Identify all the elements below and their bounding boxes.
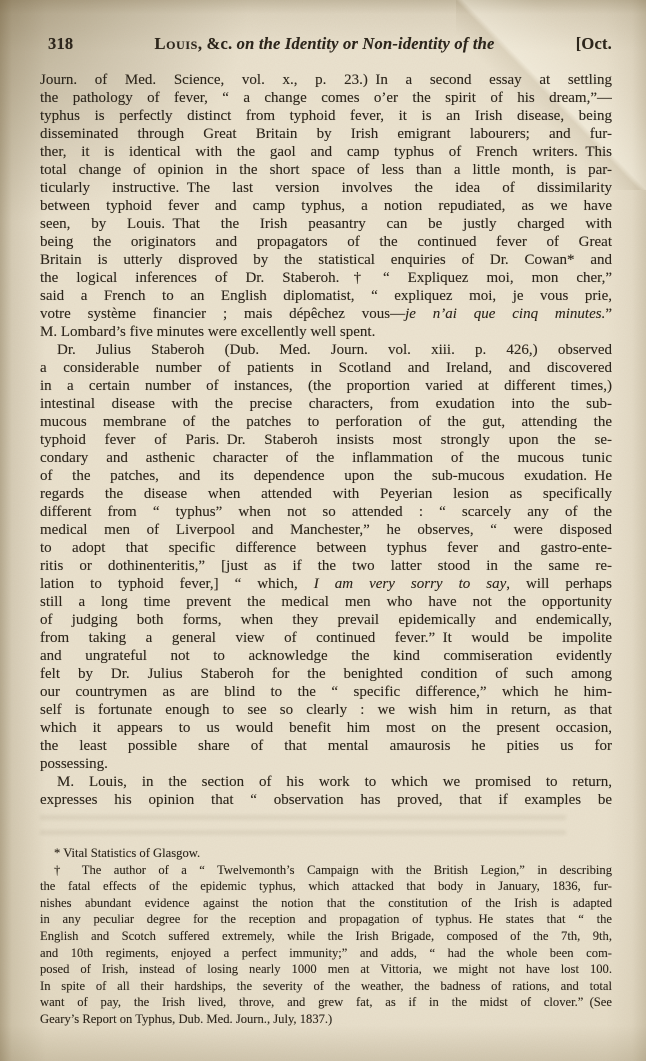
body-line: Britain is utterly disproved by the stat… [40,251,612,269]
footnote-line: † The author of a “ Twelvemonth’s Campai… [40,862,612,879]
text-segment: † The author of a “ Twelvemonth’s Campai… [54,863,612,877]
body-line: ticularly instructive. The last version … [40,179,612,197]
body-line: which it appears to us would benefit him… [40,719,612,737]
text-segment: of the patches, and its dependence upon … [40,468,612,484]
body-line: of the patches, and its dependence upon … [40,467,612,485]
text-segment: In spite of all their hardships, the sev… [40,979,612,993]
text-segment: M. Lombard’s five minutes were excellent… [40,324,375,340]
text-segment: between typhoid fever and camp typhus, a… [40,198,612,214]
text-segment: Geary’s Report on Typhus, Dub. Med. Jour… [40,1012,332,1026]
page-content: 318 Louis, &c. on the Identity or Non-id… [40,34,612,1028]
page-header: 318 Louis, &c. on the Identity or Non-id… [40,34,612,54]
body-line: Dr. Julius Staberoh (Dub. Med. Journ. vo… [40,341,612,359]
body-line: different from “ typhus” when not so att… [40,503,612,521]
body-line: the pathology of fever, “ a change comes… [40,89,612,107]
footnote-line: want of pay, the Irish lived, throve, an… [40,994,612,1011]
body-line: being the originators and propagators of… [40,233,612,251]
text-segment: votre système financier ; mais dépêchez … [40,306,405,322]
text-segment: ” [605,306,612,322]
body-line: felt by Dr. Julius Staberoh for the beni… [40,665,612,683]
text-segment: lation to typhoid fever,] “ which, [40,576,314,592]
body-line: a considerable number of patients in Sco… [40,359,612,377]
text-segment: the logical inferences of Dr. Staberoh.†… [40,270,612,286]
text-segment: ther, it is identical with the gaol and … [40,144,612,160]
text-segment: in a certain number of instances, (the p… [40,378,612,394]
text-segment: said a French to an English diplomatist,… [40,288,612,304]
text-segment: being the originators and propagators of… [40,234,612,250]
body-line: between typhoid fever and camp typhus, a… [40,197,612,215]
running-title-author: Louis [155,34,198,53]
text-segment: condary and asthenic character of the in… [40,450,612,466]
body-line: regards the disease when attended with P… [40,485,612,503]
text-segment: our countrymen as are blind to the “ spe… [40,684,612,700]
text-segment: the pathology of fever, “ a change comes… [40,90,612,106]
text-segment: seen, by Louis. That the Irish peasantry… [40,216,612,232]
body-line: typhoid fever of Paris. Dr. Staberoh ins… [40,431,612,449]
text-segment: Britain is utterly disproved by the stat… [40,252,612,268]
body-line: the logical inferences of Dr. Staberoh.†… [40,269,612,287]
body-line: M. Lombard’s five minutes were excellent… [40,323,612,341]
text-segment: , will perhaps [506,576,612,592]
text-segment: mucous membrane of the patches to perfor… [40,414,612,430]
body-line: ther, it is identical with the gaol and … [40,143,612,161]
body-line: typhus is perfectly distinct from typhoi… [40,107,612,125]
footnote-line: In spite of all their hardships, the sev… [40,978,612,995]
body-line: seen, by Louis. That the Irish peasantry… [40,215,612,233]
text-segment: * Vital Statistics of Glasgow. [54,846,200,860]
paragraph: * Vital Statistics of Glasgow. [40,845,612,862]
body-line: M. Louis, in the section of his work to … [40,773,612,791]
footnote-line: nishes abundant evidence against the not… [40,895,612,912]
footnote-line: in any peculiar degree for the reception… [40,911,612,928]
text-segment: ticularly instructive. The last version … [40,180,612,196]
body-line: of judging both forms, when they prevail… [40,611,612,629]
paragraph: M. Louis, in the section of his work to … [40,773,612,809]
text-segment: intestinal disease with the precise char… [40,396,612,412]
text-segment: to adopt that specific difference betwee… [40,540,612,556]
body-line: still a long time prevent the medical me… [40,593,612,611]
text-segment: expresses his opinion that “ observation… [40,792,612,808]
body-line: and ungrateful not to acknowledge the ki… [40,647,612,665]
text-segment: in any peculiar degree for the reception… [40,912,612,926]
text-segment: which it appears to us would benefit him… [40,720,612,736]
text-segment: English and Scotch suffered extremely, w… [40,929,612,943]
body-line: votre système financier ; mais dépêchez … [40,305,612,323]
footnotes: * Vital Statistics of Glasgow.† The auth… [40,845,612,1028]
scanned-journal-page: 318 Louis, &c. on the Identity or Non-id… [0,0,646,1061]
body-line: to adopt that specific difference betwee… [40,539,612,557]
body-line: disseminated through Great Britain by Ir… [40,125,612,143]
paragraph: Journ. of Med. Science, vol. x., p. 23.)… [40,71,612,341]
body-text: Journ. of Med. Science, vol. x., p. 23.)… [40,71,612,809]
footnote-line: Geary’s Report on Typhus, Dub. Med. Jour… [40,1011,612,1028]
text-segment: from taking a general view of continued … [40,630,612,646]
body-line: Journ. of Med. Science, vol. x., p. 23.)… [40,71,612,89]
body-line: total change of opinion in the short spa… [40,161,612,179]
paragraph: † The author of a “ Twelvemonth’s Campai… [40,862,612,1028]
text-segment: nishes abundant evidence against the not… [40,896,612,910]
text-segment: of judging both forms, when they prevail… [40,612,612,628]
text-segment: still a long time prevent the medical me… [40,594,612,610]
text-segment: the least possible share of that mental … [40,738,612,754]
text-segment: Journ. of Med. Science, vol. x., p. 23.)… [40,72,612,88]
paragraph: Dr. Julius Staberoh (Dub. Med. Journ. vo… [40,341,612,773]
text-segment: regards the disease when attended with P… [40,486,612,502]
footnote-line: English and Scotch suffered extremely, w… [40,928,612,945]
text-segment: self is fortunate enough to see so clear… [40,702,612,718]
text-segment: Dr. Julius Staberoh (Dub. Med. Journ. vo… [57,342,612,358]
body-line: ritis or dothinenteritis,” [just as if t… [40,557,612,575]
text-segment: disseminated through Great Britain by Ir… [40,126,612,142]
text-segment: medical men of Liverpool and Manchester,… [40,522,612,538]
issue-month-label: [Oct. [576,34,612,54]
footnote-line: posed of Irish, instead of losing nearly… [40,961,612,978]
italic-text-segment: je n’ai que cinq minutes. [405,306,605,322]
text-segment: posed of Irish, instead of losing nearly… [40,962,612,976]
body-line: from taking a general view of continued … [40,629,612,647]
body-line: in a certain number of instances, (the p… [40,377,612,395]
text-segment: and 10th regiments, enjoyed a perfect im… [40,946,612,960]
text-segment: a considerable number of patients in Sco… [40,360,612,376]
running-title-italic: on the Identity or Non-identity of the [237,34,495,53]
text-segment: total change of opinion in the short spa… [40,162,612,178]
text-segment: different from “ typhus” when not so att… [40,504,612,520]
text-segment: the fatal effects of the epidemic typhus… [40,879,612,893]
text-segment: typhus is perfectly distinct from typhoi… [40,108,612,124]
body-line: our countrymen as are blind to the “ spe… [40,683,612,701]
running-title-suffix: , &c. [198,34,237,53]
text-segment: ritis or dothinenteritis,” [just as if t… [40,558,612,574]
text-segment: and ungrateful not to acknowledge the ki… [40,648,612,664]
body-line: intestinal disease with the precise char… [40,395,612,413]
body-line: said a French to an English diplomatist,… [40,287,612,305]
text-segment: want of pay, the Irish lived, throve, an… [40,995,612,1009]
body-line: the least possible share of that mental … [40,737,612,755]
footnote-line: the fatal effects of the epidemic typhus… [40,878,612,895]
text-segment: M. Louis, in the section of his work to … [57,774,612,790]
footnote-line: * Vital Statistics of Glasgow. [40,845,612,862]
page-show-through [40,811,566,844]
text-segment: typhoid fever of Paris. Dr. Staberoh ins… [40,432,612,448]
body-line: lation to typhoid fever,] “ which, I am … [40,575,612,593]
body-line: condary and asthenic character of the in… [40,449,612,467]
body-line: mucous membrane of the patches to perfor… [40,413,612,431]
running-title: Louis, &c. on the Identity or Non-identi… [73,34,575,54]
page-number: 318 [40,34,73,54]
body-line: expresses his opinion that “ observation… [40,791,612,809]
italic-text-segment: I am very sorry to say [314,576,507,592]
body-line: possessing. [40,755,612,773]
footnote-line: and 10th regiments, enjoyed a perfect im… [40,945,612,962]
text-segment: possessing. [40,756,108,772]
body-line: self is fortunate enough to see so clear… [40,701,612,719]
text-segment: felt by Dr. Julius Staberoh for the beni… [40,666,612,682]
body-line: medical men of Liverpool and Manchester,… [40,521,612,539]
